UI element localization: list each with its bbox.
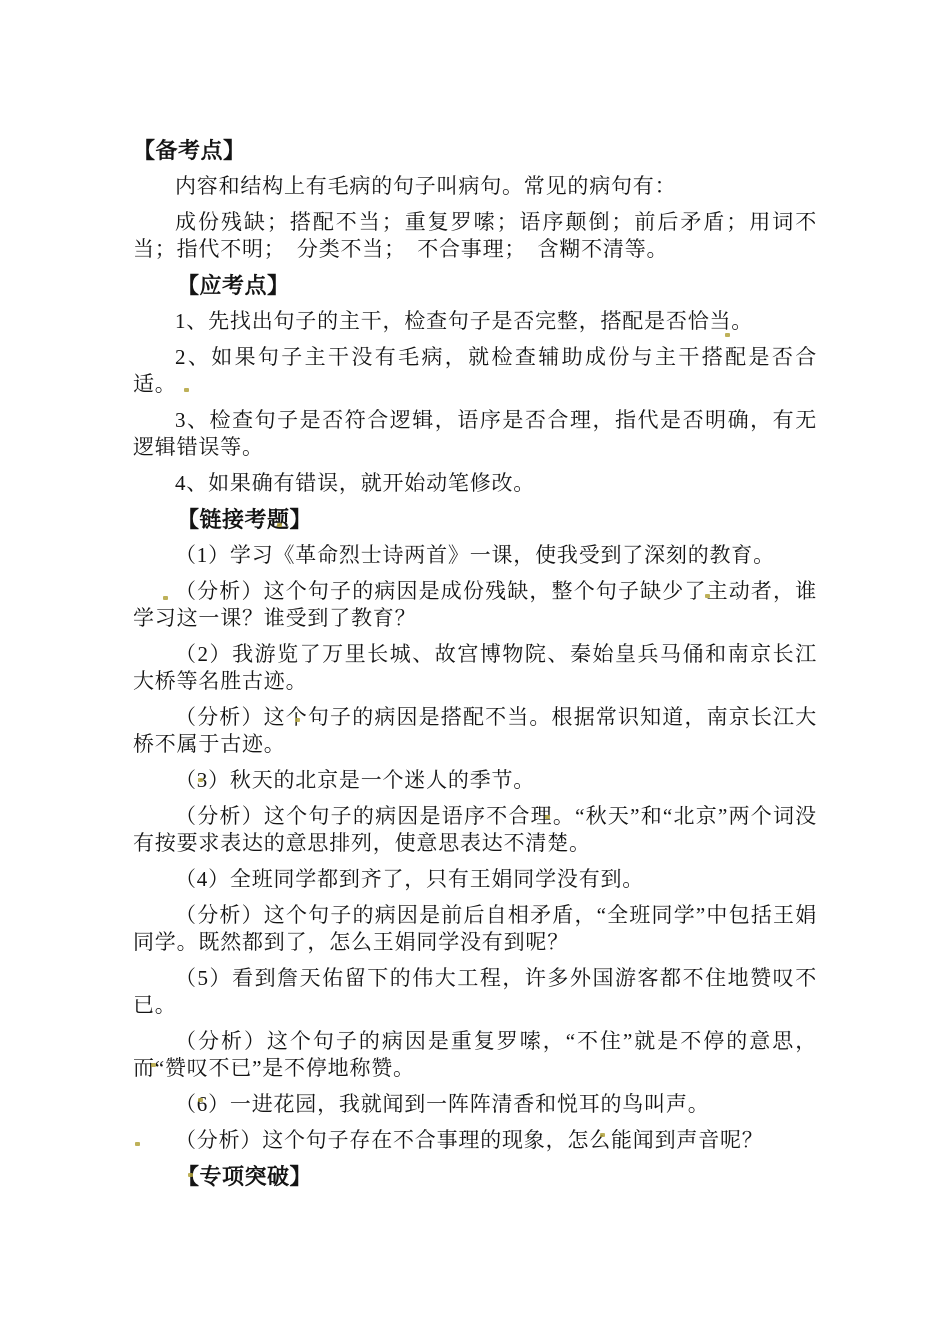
body-paragraph: （6）一进花园，我就闻到一阵阵清香和悦耳的鸟叫声。 (133, 1091, 817, 1118)
scan-speck (725, 333, 730, 337)
scan-speck (163, 596, 168, 600)
scan-speck (198, 778, 203, 782)
body-paragraph: （5）看到詹天佑留下的伟大工程，许多外国游客都不住地赞叹不已。 (133, 965, 817, 1019)
section-heading: 【专项突破】 (133, 1163, 817, 1190)
body-paragraph: （分析）这个句子的病因是搭配不当。根据常识知道，南京长江大桥不属于古迹。 (133, 704, 817, 758)
body-paragraph: （分析）这个句子的病因是重复罗嗦，“不住”就是不停的意思，而“赞叹不已”是不停地… (133, 1028, 817, 1082)
scan-speck (188, 1173, 193, 1177)
body-paragraph: （分析）这个句子的病因是前后自相矛盾，“全班同学”中包括王娟同学。既然都到了，怎… (133, 902, 817, 956)
body-paragraph: 3、检查句子是否符合逻辑，语序是否合理，指代是否明确，有无逻辑错误等。 (133, 407, 817, 461)
body-paragraph: （分析）这个句子的病因是成份残缺，整个句子缺少了主动者，谁学习这一课？谁受到了教… (133, 578, 817, 632)
scan-speck (184, 388, 189, 392)
body-paragraph: 2、如果句子主干没有毛病，就检查辅助成份与主干搭配是否合适。 (133, 344, 817, 398)
body-paragraph: 1、先找出句子的主干，检查句子是否完整，搭配是否恰当。 (133, 308, 817, 335)
section-heading: 【链接考题】 (133, 506, 817, 533)
scan-speck (135, 1142, 140, 1146)
body-paragraph: （分析）这个句子的病因是语序不合理。“秋天”和“北京”两个词没有按要求表达的意思… (133, 803, 817, 857)
body-paragraph: （2）我游览了万里长城、故宫博物院、秦始皇兵马俑和南京长江大桥等名胜古迹。 (133, 641, 817, 695)
body-paragraph: 成份残缺；搭配不当；重复罗嗦；语序颠倒；前后矛盾；用词不当；指代不明； 分类不当… (133, 209, 817, 263)
body-paragraph: 内容和结构上有毛病的句子叫病句。常见的病句有： (133, 173, 817, 200)
scan-speck (295, 718, 300, 722)
body-paragraph: （4）全班同学都到齐了，只有王娟同学没有到。 (133, 866, 817, 893)
section-heading: 【备考点】 (133, 137, 817, 164)
scan-speck (705, 594, 710, 598)
document-content: 【备考点】内容和结构上有毛病的句子叫病句。常见的病句有：成份残缺；搭配不当；重复… (133, 137, 817, 1199)
body-paragraph: （1）学习《革命烈士诗两首》一课，使我受到了深刻的教育。 (133, 542, 817, 569)
scan-speck (277, 523, 282, 527)
scan-speck (600, 1133, 605, 1137)
body-paragraph: 4、如果确有错误，就开始动笔修改。 (133, 470, 817, 497)
document-page: 【备考点】内容和结构上有毛病的句子叫病句。常见的病句有：成份残缺；搭配不当；重复… (0, 0, 950, 1344)
scan-speck (545, 815, 550, 819)
body-paragraph: （分析）这个句子存在不合事理的现象，怎么能闻到声音呢？ (133, 1127, 817, 1154)
body-paragraph: （3）秋天的北京是一个迷人的季节。 (133, 767, 817, 794)
scan-speck (151, 1063, 156, 1067)
section-heading: 【应考点】 (133, 272, 817, 299)
scan-speck (198, 1098, 203, 1102)
